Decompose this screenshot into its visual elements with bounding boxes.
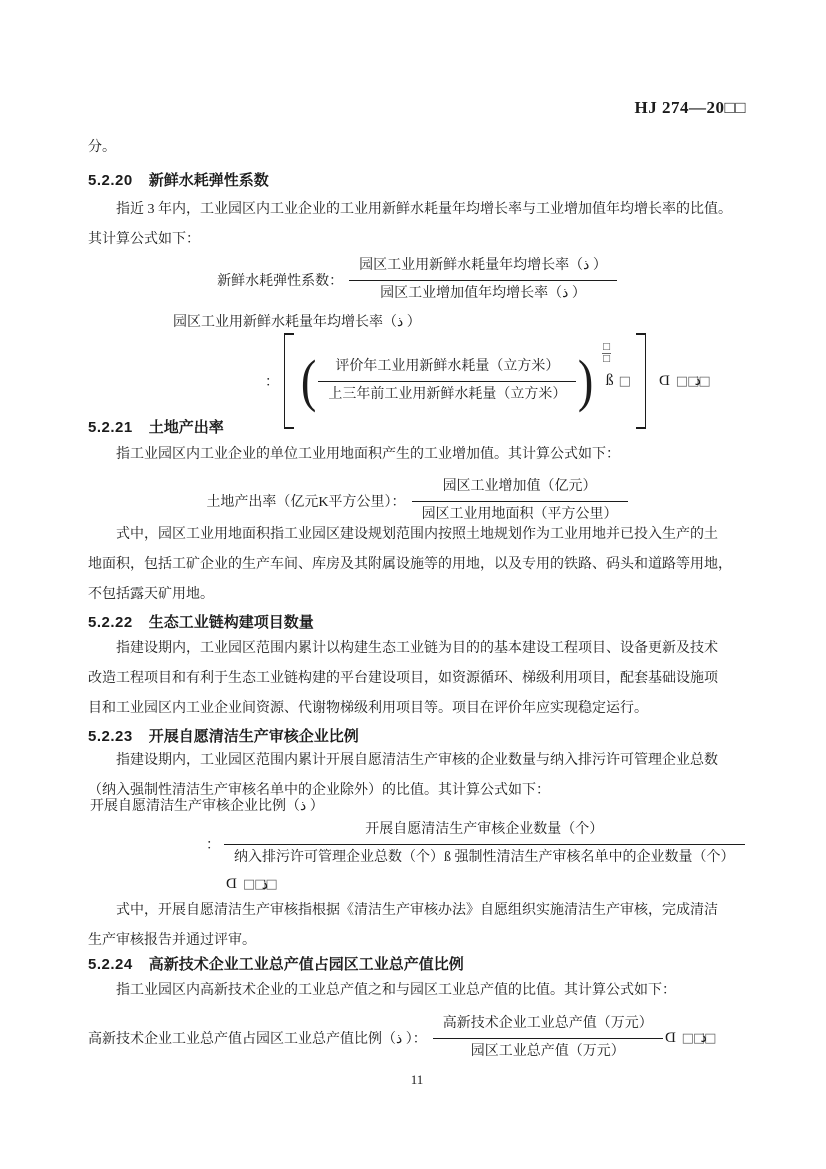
formula-label: 土地产出率（亿元K平方公里）： [206,491,405,511]
formula-hightech-ratio: 高新技术企业工业总产值占园区工业总产值比例（ذ ）： 高新技术企业工业总产值（万… [88,1014,746,1063]
paragraph-line: 改造工程项目和有利于生态工业链构建的平台建设项目，如资源循环、梯级利用项目，配套… [88,664,746,694]
fraction-denominator: 上三年前工业用新鲜水耗量（立方米） [318,382,576,406]
formula-label: 新鲜水耗弹性系数： [217,270,343,290]
exponent-top-box: □ [602,342,611,353]
paragraph-line: 目和工业园区内工业企业间资源、代谢物梯级利用项目等。项目在评价年应实现稳定运行。 [88,694,746,724]
garbled-d-glyph: D [665,1030,676,1047]
fraction-numerator: 评价年工业用新鲜水耗量（立方米） [318,357,576,382]
garbled-boxes: □□□ [243,877,277,892]
formula-land-output: 土地产出率（亿元K平方公里）： 园区工业增加值（亿元） 园区工业用地面积（平方公… [88,477,746,526]
garbled-tail: D □□□ ذ [659,373,701,390]
paragraph-line: 指工业园区内工业企业的单位工业用地面积产生的工业增加值。其计算公式如下： [88,440,746,470]
left-paren: ( [301,356,316,405]
fraction: 高新技术企业工业总产值（万元） 园区工业总产值（万元） [433,1014,663,1063]
paragraph-5-2-24: 指工业园区内高新技术企业的工业总产值之和与园区工业总产值的比值。其计算公式如下： [88,976,746,1006]
garbled-tail: D □□□ ذ [665,1030,707,1047]
garbled-beta-glyph: ß [606,372,614,390]
section-title: 生态工业链构建项目数量 [149,611,314,632]
paragraph-line: 指建设期内，工业园区范围内累计以构建生态工业链为目的的基本建设工程项目、设备更新… [88,634,746,664]
fraction: 园区工业用新鲜水耗量年均增长率（ذ ） 园区工业增加值年均增长率（ذ ） [349,256,617,305]
section-title: 新鲜水耗弹性系数 [149,169,269,190]
note-5-2-23: 式中，开展自愿清洁生产审核指根据《清洁生产审核办法》自愿组织实施清洁生产审核，完… [88,896,746,956]
paragraph-line: 指建设期内，工业园区范围内累计开展自愿清洁生产审核的企业数量与纳入排污许可管理企… [88,746,746,776]
garbled-boxes: □□□ [676,374,710,389]
garbled-d-glyph: D [226,876,237,893]
paragraph-line: 生产审核报告并通过评审。 [88,926,746,956]
page-number: 11 [88,1072,746,1169]
formula-voluntary-audit: ： 开展自愿清洁生产审核企业数量（个） 纳入排污许可管理企业总数（个）ß 强制性… [88,820,826,869]
document-page: HJ 274—20□□ 分。 5.2.20 新鲜水耗弹性系数 指近 3 年内，工… [0,0,826,1169]
garbled-box-glyph: □ [619,374,631,389]
exponent-bottom-box: □ [602,354,611,364]
paragraph-line: 式中，开展自愿清洁生产审核指根据《清洁生产审核办法》自愿组织实施清洁生产审核，完… [88,896,746,926]
fraction-numerator: 园区工业用新鲜水耗量年均增长率（ذ ） [349,256,617,281]
paragraph-line: 式中，园区工业用地面积指工业园区建设规划范围内按照土地规划作为工业用地并已投入生… [88,520,746,550]
formula-colon: ： [206,834,220,854]
section-heading-5-2-23: 5.2.23 开展自愿清洁生产审核企业比例 [88,725,746,746]
section-title: 高新技术企业工业总产值占园区工业总产值比例 [149,953,464,974]
paragraph-5-2-21: 指工业园区内工业企业的单位工业用地面积产生的工业增加值。其计算公式如下： [88,440,746,470]
section-number: 5.2.20 [88,172,133,189]
section-title: 土地产出率 [149,416,224,437]
note-5-2-21: 式中，园区工业用地面积指工业园区建设规划范围内按照土地规划作为工业用地并已投入生… [88,520,746,610]
section-title: 开展自愿清洁生产审核企业比例 [149,725,359,746]
fraction-numerator: 高新技术企业工业总产值（万元） [433,1014,663,1039]
section-heading-5-2-21: 5.2.21 土地产出率 [88,416,746,437]
section-heading-5-2-20: 5.2.20 新鲜水耗弹性系数 [88,169,746,190]
fraction-numerator: 园区工业增加值（亿元） [412,477,628,502]
garbled-boxes: □□□ [682,1031,716,1046]
section-number: 5.2.24 [88,956,133,973]
paragraph-line: 指工业园区内高新技术企业的工业总产值之和与园区工业总产值的比值。其计算公式如下： [88,976,746,1006]
carryover-text: 分。 [88,133,746,163]
section-heading-5-2-22: 5.2.22 生态工业链构建项目数量 [88,611,746,632]
garbled-exponent: □ □ [602,342,611,364]
fraction-denominator: 园区工业总产值（万元） [433,1039,663,1063]
garbled-d-glyph: D [659,373,670,390]
ratio-line: 开展自愿清洁生产审核企业比例（ذ ） [88,792,748,822]
garbled-arabic-glyph: ذ [695,373,701,389]
section-number: 5.2.23 [88,728,133,745]
paragraph-5-2-20: 指近 3 年内，工业园区内工业企业的工业用新鲜水耗量年均增长率与工业增加值年均增… [88,195,746,255]
section-heading-5-2-24: 5.2.24 高新技术企业工业总产值占园区工业总产值比例 [88,953,746,974]
fraction: 园区工业增加值（亿元） 园区工业用地面积（平方公里） [412,477,628,526]
section-number: 5.2.22 [88,614,133,631]
formula-elasticity: 新鲜水耗弹性系数： 园区工业用新鲜水耗量年均增长率（ذ ） 园区工业增加值年均增… [88,256,746,305]
fraction: 开展自愿清洁生产审核企业数量（个） 纳入排污许可管理企业总数（个）ß 强制性清洁… [224,820,745,869]
fraction: 评价年工业用新鲜水耗量（立方米） 上三年前工业用新鲜水耗量（立方米） [318,357,576,406]
garbled-tail: D □□□ ذ [96,876,826,893]
fraction-denominator: 纳入排污许可管理企业总数（个）ß 强制性清洁生产审核名单中的企业数量（个） [224,845,745,869]
formula-growth-rate: ： ( 评价年工业用新鲜水耗量（立方米） 上三年前工业用新鲜水耗量（立方米） )… [88,333,826,429]
formula-colon: ： [265,371,279,391]
garbled-arabic-glyph: ذ [262,877,268,893]
paragraph-5-2-22: 指建设期内，工业园区范围内累计以构建生态工业链为目的的基本建设工程项目、设备更新… [88,634,746,724]
paragraph-line: 其计算公式如下： [88,225,746,255]
paragraph-line: 指近 3 年内，工业园区内工业企业的工业用新鲜水耗量年均增长率与工业增加值年均增… [88,195,746,225]
section-number: 5.2.21 [88,419,133,436]
document-header-code: HJ 274—20□□ [88,98,746,118]
right-paren-with-exponent: ) □ □ [576,356,595,405]
right-bracket [636,333,646,429]
formula-label: 高新技术企业工业总产值占园区工业总产值比例（ذ ）： [88,1028,427,1048]
paragraph-line: 地面积，包括工矿企业的生产车间、库房及其附属设施等的用地，以及专用的铁路、码头和… [88,550,746,580]
fraction-denominator: 园区工业增加值年均增长率（ذ ） [349,281,617,305]
garbled-arabic-glyph: ذ [700,1030,706,1046]
right-paren: ) [578,356,593,405]
left-bracket [284,333,294,429]
fraction-numerator: 开展自愿清洁生产审核企业数量（个） [224,820,745,845]
paragraph-line: 不包括露天矿用地。 [88,580,746,610]
